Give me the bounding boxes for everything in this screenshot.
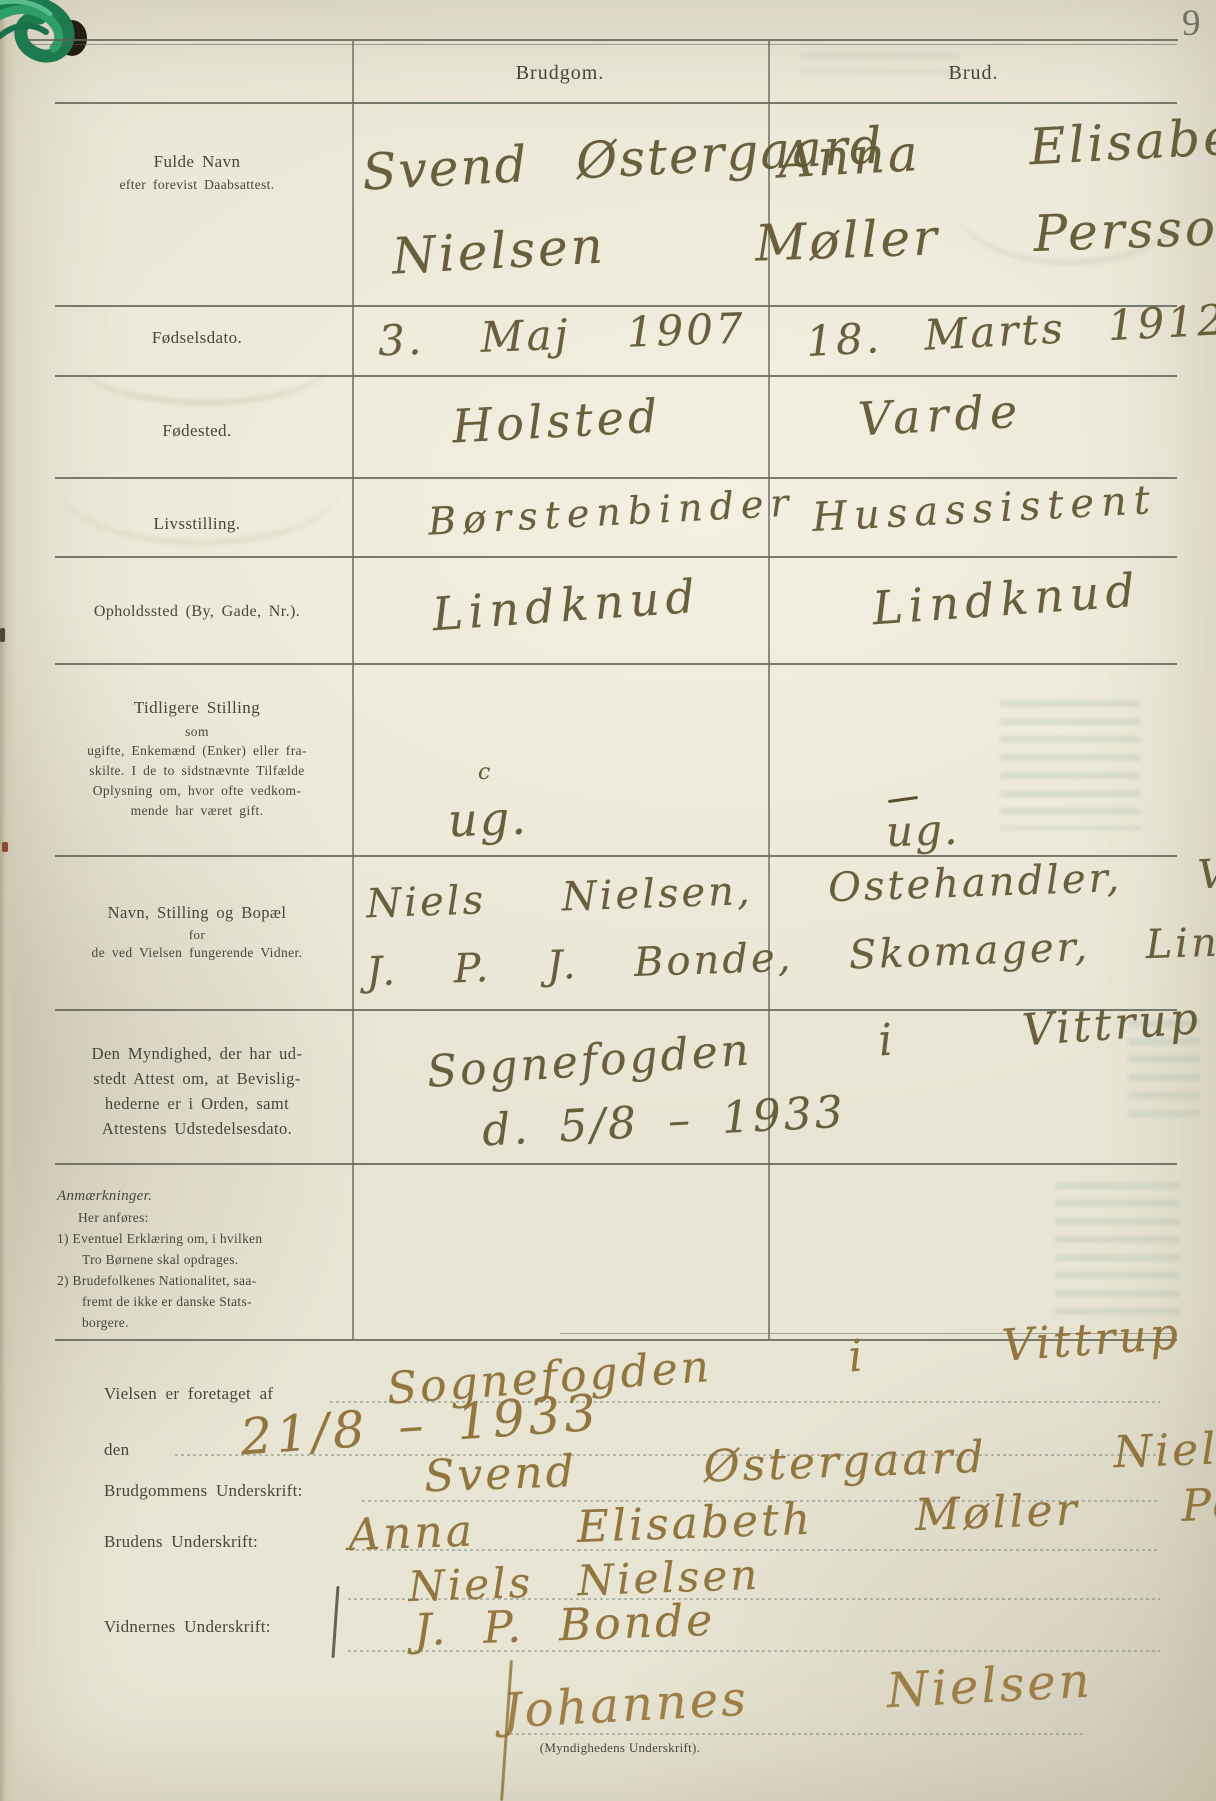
authority-signature: Johannes Nielsen [501, 1653, 1094, 1740]
row-label-anmaerkninger-line: borgere. [82, 1315, 129, 1331]
row-label-anmaerkninger-line: 2) Brudefolkenes Nationalitet, saa- [57, 1273, 256, 1289]
row-label-myndighed: Den Myndighed, der har ud- [48, 1044, 346, 1064]
witnesses-signature-label: Vidnernes Underskrift: [104, 1617, 271, 1637]
groom-previous-status-mark: c [478, 760, 490, 785]
witnesses-line1: Niels Nielsen, Ostehandler, Vittrup [366, 847, 1216, 928]
row-label-vidner-line: de ved Vielsen fungerende Vidner. [48, 945, 346, 961]
row-label-myndighed-line: hederne er i Orden, samt [48, 1094, 346, 1114]
groom-birthdate: 3. Maj 1907 [377, 304, 746, 366]
paper-blemish [2, 842, 8, 852]
row-label-tidligere-stilling-line: som [48, 724, 346, 740]
row-label-tidligere-stilling-line: Oplysning om, hvor ofte vedkom- [48, 783, 346, 799]
groom-occupation: Børstenbinder [427, 480, 796, 543]
row-label-livsstilling: Livsstilling. [48, 514, 346, 534]
horizontal-rule [55, 477, 1177, 479]
horizontal-rule [55, 375, 1177, 377]
row-label-foedested: Fødested. [48, 421, 346, 441]
row-label-tidligere-stilling-line: ugifte, Enkemænd (Enker) eller fra- [48, 743, 346, 759]
witness2-signature: J. P. Bonde [413, 1595, 716, 1656]
row-label-tidligere-stilling-line: mende har været gift. [48, 803, 346, 819]
macron-mark [888, 796, 918, 803]
horizontal-rule [55, 102, 1177, 104]
vertical-rule [352, 41, 354, 1340]
bride-signature-label: Brudens Underskrift: [104, 1532, 258, 1552]
row-label-foedselsdato: Fødselsdato. [48, 328, 346, 348]
row-label-anmaerkninger-subtitle: Her anføres: [78, 1210, 149, 1226]
horizontal-rule [55, 556, 1177, 558]
horizontal-rule [28, 39, 1178, 41]
row-label-anmaerkninger-title: Anmærkninger. [57, 1188, 152, 1205]
page-number: 9 [1182, 2, 1201, 45]
column-header-groom: Brudgom. [352, 62, 768, 85]
row-label-fulde-navn: Fulde Navn [48, 152, 346, 172]
marriage-register-page: 9 Brudgom. Brud. Fulde Navn efter forevi… [0, 0, 1216, 1801]
date-label: den [104, 1440, 129, 1460]
bride-name-line2: Møller Persson [754, 197, 1216, 272]
authority-signature-label: (Myndighedens Underskrift). [510, 1740, 730, 1756]
horizontal-rule [55, 1163, 1177, 1165]
row-label-tidligere-stilling: Tidligere Stilling [48, 698, 346, 718]
bride-occupation: Husassistent [811, 477, 1158, 541]
groom-signature-label: Brudgommens Underskrift: [104, 1481, 303, 1501]
paper-blemish [0, 628, 5, 642]
row-label-opholdssted: Opholdssted (By, Gade, Nr.). [48, 603, 346, 621]
performed-by-label: Vielsen er foretaget af [104, 1384, 273, 1404]
row-label-myndighed-line: stedt Attest om, at Bevislig- [48, 1069, 346, 1089]
horizontal-rule [28, 44, 1177, 45]
column-header-bride: Brud. [770, 62, 1177, 85]
bride-birthplace: Varde [857, 384, 1025, 447]
page-left-edge [0, 0, 16, 1801]
row-sublabel-fulde-navn: efter forevist Daabsattest. [48, 177, 346, 193]
row-label-myndighed-line: Attestens Udstedelsesdato. [48, 1119, 346, 1139]
groom-previous-status: ug. [447, 791, 529, 848]
witnesses-line2: J. P. J. Bonde, Skomager, Lindknud [366, 915, 1216, 996]
bleed-through-ghost [1055, 1182, 1180, 1322]
bride-previous-status: ug. [885, 805, 960, 857]
row-label-tidligere-stilling-line: skilte. I de to sidstnævnte Tilfælde [48, 763, 346, 779]
groom-birthplace: Holsted [451, 389, 663, 454]
bleed-through-ghost [1000, 700, 1140, 830]
horizontal-rule [55, 663, 1177, 665]
bookmark-ribbon-icon [0, 0, 124, 82]
bride-residence: Lindknud [870, 563, 1142, 636]
horizontal-rule [55, 855, 1177, 857]
witnesses-brace [331, 1586, 339, 1658]
attest-authority-line2: d. 5/8 – 1933 [481, 1087, 847, 1157]
row-label-anmaerkninger-line: Tro Børnene skal opdrages. [82, 1252, 239, 1268]
row-label-vidner-line: for [48, 927, 346, 943]
groom-residence: Lindknud [430, 569, 702, 642]
row-label-anmaerkninger-line: fremt de ikke er danske Stats- [82, 1294, 252, 1310]
row-label-vidner: Navn, Stilling og Bopæl [48, 903, 346, 923]
groom-name-line2: Nielsen [391, 216, 608, 285]
row-label-anmaerkninger-line: 1) Eventuel Erklæring om, i hvilken [57, 1231, 262, 1247]
